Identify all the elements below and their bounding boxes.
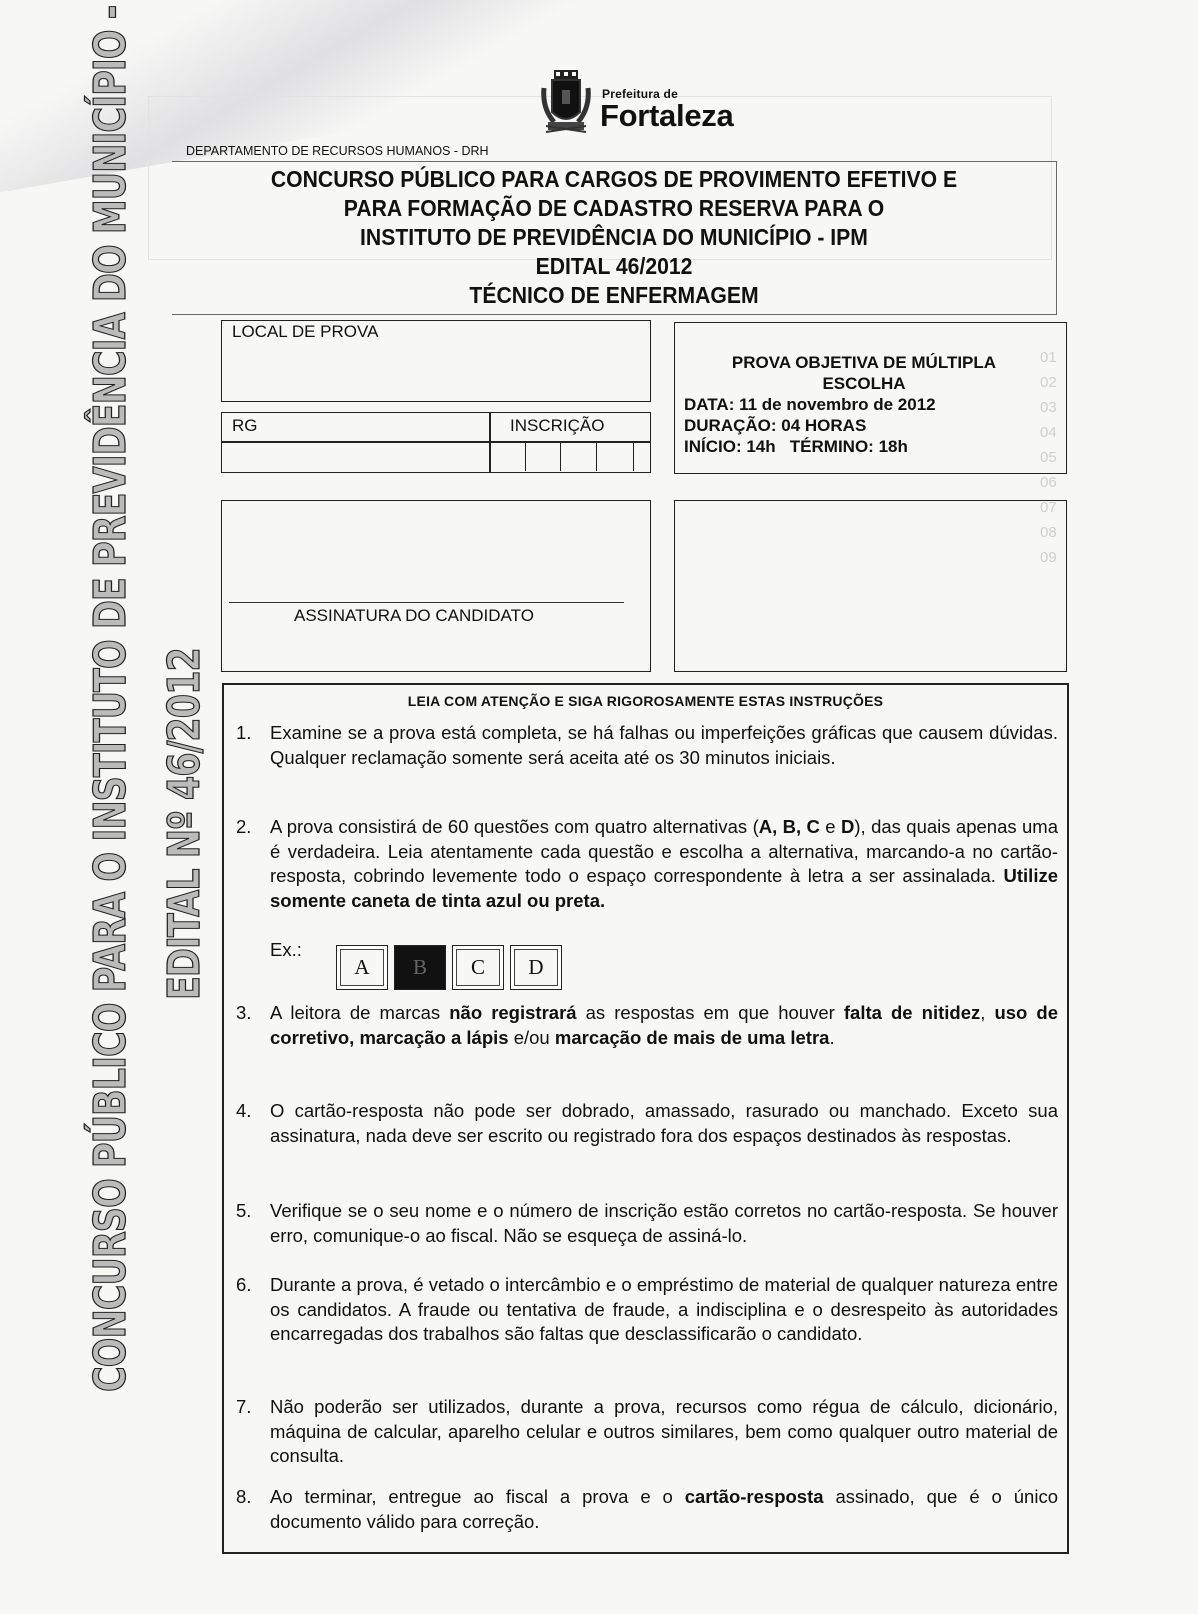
instruction-number: 6.	[236, 1273, 251, 1298]
instruction-text: Durante a prova, é vetado o intercâmbio …	[270, 1273, 1058, 1347]
exam-location-label: LOCAL DE PROVA	[232, 322, 378, 342]
example-option-c: C	[452, 945, 504, 990]
exam-end: TÉRMINO: 18h	[790, 437, 908, 456]
title-line: INSTITUTO DE PREVIDÊNCIA DO MUNICÍPIO - …	[207, 223, 1020, 252]
rg-input[interactable]	[222, 442, 488, 471]
instruction-item: 3.A leitora de marcas não registrará as …	[236, 1001, 1058, 1050]
instruction-item: 2.A prova consistirá de 60 questões com …	[236, 815, 1058, 913]
side-banner-line2: EDITAL Nº 46/2012	[160, 648, 210, 1000]
blank-box	[674, 500, 1067, 672]
instruction-number: 3.	[236, 1001, 251, 1026]
example-option-a: A	[336, 945, 388, 990]
instruction-number: 5.	[236, 1199, 251, 1224]
instructions-title: LEIA COM ATENÇÃO E SIGA RIGOROSAMENTE ES…	[224, 693, 1067, 709]
instruction-text: Não poderão ser utilizados, durante a pr…	[270, 1395, 1058, 1469]
instruction-text: A leitora de marcas não registrará as re…	[270, 1001, 1058, 1050]
instruction-text: Verifique se o seu nome e o número de in…	[270, 1199, 1058, 1248]
city-coat-of-arms-icon	[540, 68, 592, 138]
instruction-text: Examine se a prova está completa, se há …	[270, 721, 1058, 770]
instruction-item: 1.Examine se a prova está completa, se h…	[236, 721, 1058, 770]
title-line: TÉCNICO DE ENFERMAGEM	[207, 281, 1020, 310]
rg-label: RG	[232, 416, 258, 436]
exam-type: PROVA OBJETIVA DE MÚLTIPLA	[688, 352, 1040, 373]
instruction-number: 7.	[236, 1395, 251, 1420]
signature-label: ASSINATURA DO CANDIDATO	[294, 606, 534, 626]
instruction-text: A prova consistirá de 60 questões com qu…	[270, 815, 1058, 913]
instruction-number: 2.	[236, 815, 251, 840]
instruction-item: 5.Verifique se o seu nome e o número de …	[236, 1199, 1058, 1248]
instruction-item: 6.Durante a prova, é vetado o intercâmbi…	[236, 1273, 1058, 1347]
exam-duration: DURAÇÃO: 04 HORAS	[684, 415, 1040, 436]
exam-title: CONCURSO PÚBLICO PARA CARGOS DE PROVIMEN…	[207, 165, 1020, 310]
example-option-b: B	[394, 945, 446, 990]
exam-times: INÍCIO: 14h TÉRMINO: 18h	[684, 436, 1040, 457]
instruction-number: 1.	[236, 721, 251, 746]
exam-start: INÍCIO: 14h	[684, 437, 776, 456]
department-label: DEPARTAMENTO DE RECURSOS HUMANOS - DRH	[186, 144, 489, 158]
exam-type-cont: ESCOLHA	[688, 373, 1040, 394]
exam-date: DATA: 11 de novembro de 2012	[684, 394, 1040, 415]
example-option-d: D	[510, 945, 562, 990]
exam-info: PROVA OBJETIVA DE MÚLTIPLA ESCOLHA DATA:…	[688, 352, 1040, 457]
instruction-item: 7.Não poderão ser utilizados, durante a …	[236, 1395, 1058, 1469]
instruction-item: 4.O cartão-resposta não pode ser dobrado…	[236, 1099, 1058, 1148]
brand-name: Fortaleza	[600, 98, 733, 134]
signature-line	[229, 602, 624, 603]
inscricao-input[interactable]	[491, 442, 649, 471]
instruction-number: 4.	[236, 1099, 251, 1124]
inscricao-label: INSCRIÇÃO	[510, 416, 604, 436]
instruction-text: Ao terminar, entregue ao fiscal a prova …	[270, 1485, 1058, 1534]
example-label: Ex.:	[270, 939, 302, 961]
instruction-text: O cartão-resposta não pode ser dobrado, …	[270, 1099, 1058, 1148]
title-line: CONCURSO PÚBLICO PARA CARGOS DE PROVIMEN…	[207, 165, 1020, 194]
title-line: EDITAL 46/2012	[207, 252, 1020, 281]
instructions-box: LEIA COM ATENÇÃO E SIGA RIGOROSAMENTE ES…	[222, 683, 1069, 1554]
signature-field[interactable]	[221, 500, 651, 672]
title-line: PARA FORMAÇÃO DE CADASTRO RESERVA PARA O	[207, 194, 1020, 223]
side-banner-line1: CONCURSO PÚBLICO PARA O INSTITUTO DE PRE…	[86, 0, 136, 1392]
instruction-number: 8.	[236, 1485, 251, 1510]
instruction-item: 8.Ao terminar, entregue ao fiscal a prov…	[236, 1485, 1058, 1534]
